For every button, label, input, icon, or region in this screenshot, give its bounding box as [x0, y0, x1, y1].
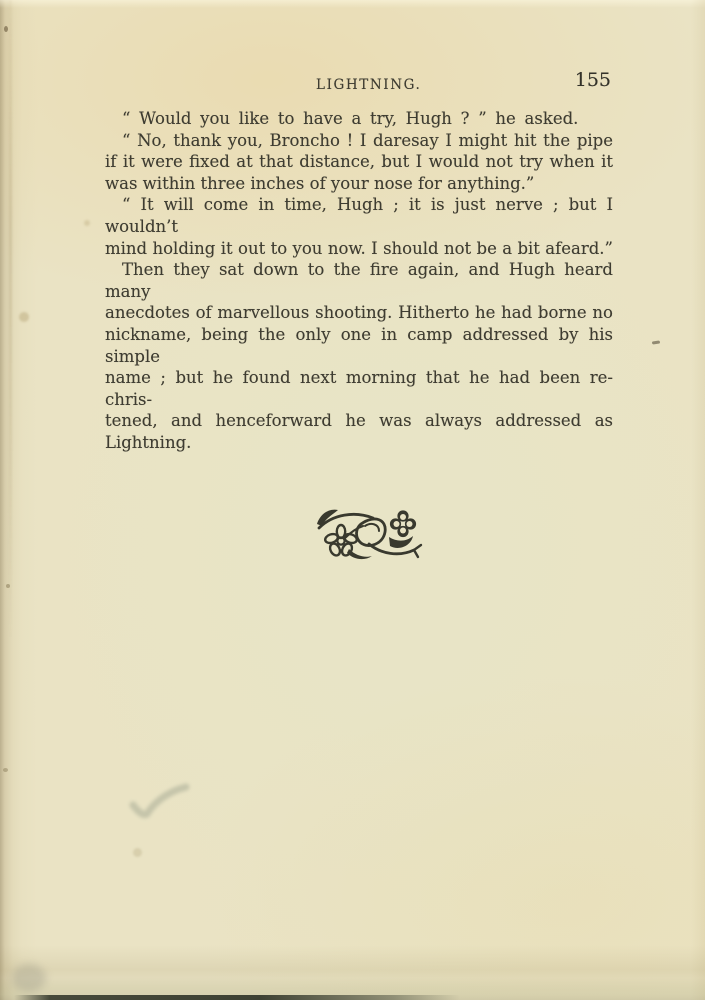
text-line: tened, and henceforward he was always ad… [105, 410, 613, 453]
text-line: Then they sat down to the fire again, an… [105, 259, 613, 302]
running-title: LIGHTNING. [316, 77, 421, 93]
paper-speck [133, 848, 142, 857]
paper-speck [19, 312, 29, 322]
paper-speck [3, 768, 8, 772]
paper-crease [9, 0, 12, 640]
text-line: “ Would you like to have a try, Hugh ? ”… [105, 108, 613, 130]
paper-speck [6, 584, 10, 588]
text-block: “ Would you like to have a try, Hugh ? ”… [105, 108, 613, 454]
text-line: nickname, being the only one in camp add… [105, 324, 613, 367]
page-number: 155 [575, 69, 611, 91]
pencil-smudge [126, 780, 198, 826]
page-left-edge-shadow [0, 0, 40, 1000]
text-line: if it were fixed at that distance, but I… [105, 151, 613, 173]
page-top-edge-highlight [0, 0, 705, 8]
text-line: anecdotes of marvellous shooting. Hither… [105, 302, 613, 324]
paper-speck [4, 26, 8, 32]
floral-ornament-icon [311, 504, 424, 562]
text-line: “ No, thank you, Broncho ! I daresay I m… [105, 130, 613, 152]
page-right-edge-shadow [691, 0, 705, 1000]
text-line: “ It will come in time, Hugh ; it is jus… [105, 194, 613, 237]
paper-speck [652, 340, 660, 344]
book-cover-edge [14, 995, 460, 1000]
text-line: name ; but he found next morning that he… [105, 367, 613, 410]
paper-stain [12, 964, 46, 992]
book-page: LIGHTNING. 155 “ Would you like to have … [0, 0, 705, 1000]
paper-speck [84, 220, 90, 226]
text-line: was within three inches of your nose for… [105, 173, 613, 195]
stacked-page-edges [0, 945, 705, 1000]
text-line: mind holding it out to you now. I should… [105, 238, 613, 260]
